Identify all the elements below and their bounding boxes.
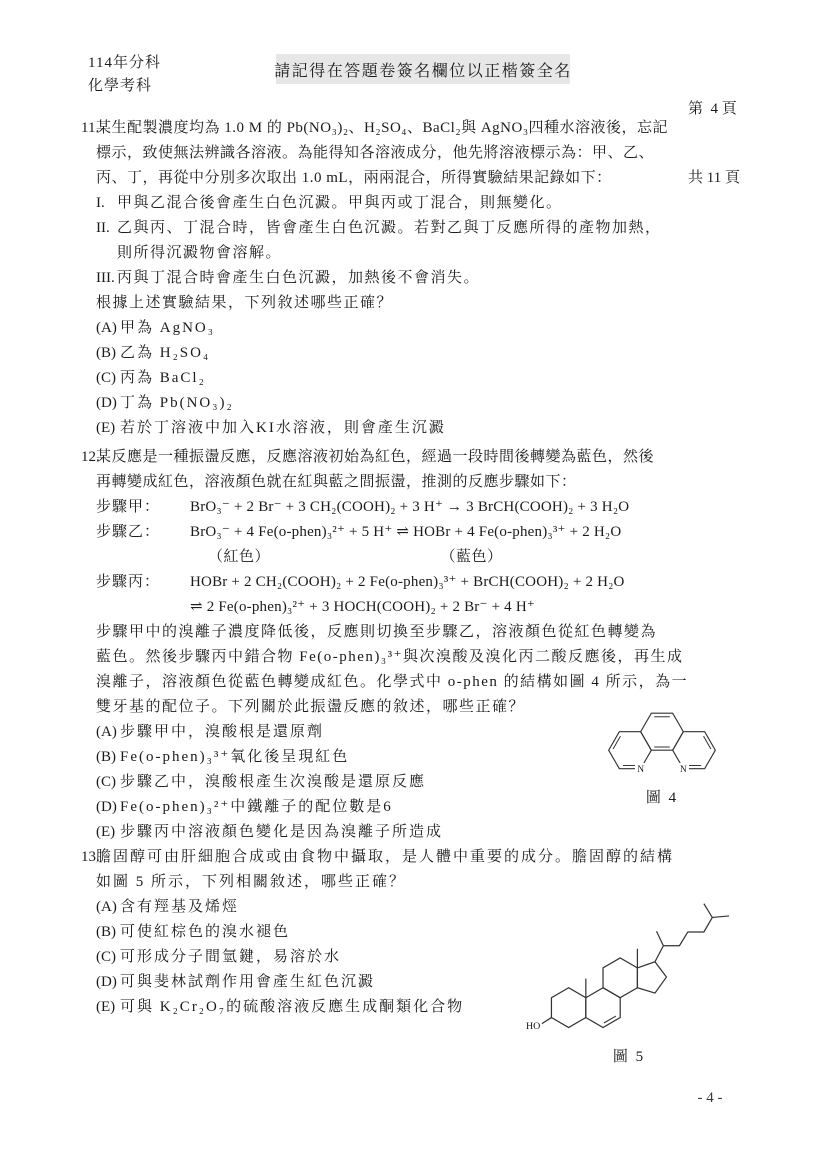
signature-notice-box: 請記得在答題卷簽名欄位以正楷簽全名 xyxy=(276,54,570,84)
q12-option-B-marker: (B) xyxy=(96,745,120,770)
q11-option-C: (C)丙為 BaCl₂ xyxy=(0,366,827,391)
q11-option-C-marker: (C) xyxy=(96,366,120,391)
q13-option-D-marker: (D) xyxy=(96,970,120,995)
q12-color-labels: （紅色）（藍色） xyxy=(0,545,827,570)
q12-option-E-text: 步驟丙中溶液顏色變化是因為溴離子所造成 xyxy=(120,824,443,840)
q13-option-E-marker: (E) xyxy=(96,995,120,1020)
q11-result-III: III.丙與丁混合時會產生白色沉澱，加熱後不會消失。 xyxy=(0,266,827,291)
q13-option-B-marker: (B) xyxy=(96,920,120,945)
q13-number: 13. xyxy=(81,845,100,870)
q12-step-yi-label: 步驟乙： xyxy=(96,520,190,545)
q11-option-A: (A)甲為 AgNO₃ xyxy=(0,316,827,341)
q12-option-C-text: 步驟乙中，溴酸根產生次溴酸是還原反應 xyxy=(120,774,426,790)
q12-para-2-text: 藍色。然後步驟丙中錯合物 Fe(o-phen)₃³⁺與次溴酸及溴化丙二酸反應後，… xyxy=(96,649,684,665)
q11-line-2: 標示，致使無法辨識各溶液。為能得知各溶液成分，他先將溶液標示為：甲、乙、 xyxy=(0,141,827,166)
q11-result-I: I.甲與乙混合後會產生白色沉澱。甲與丙或丁混合，則無變化。 xyxy=(0,191,827,216)
q11-stem: 根據上述實驗結果，下列敘述哪些正確？ xyxy=(0,291,827,316)
q13-body-2: 如圖 5 所示，下列相關敘述，哪些正確？ xyxy=(96,874,406,890)
q11-option-D-text: 丁為 Pb(NO₃)₂ xyxy=(120,395,234,411)
q12-option-D-marker: (D) xyxy=(96,795,120,820)
q12-step-jia: 步驟甲：BrO₃⁻ + 2 Br⁻ + 3 CH₂(COOH)₂ + 3 H⁺ … xyxy=(0,495,827,520)
q11-result-I-marker: I. xyxy=(96,191,117,216)
header-subject: 114年分科 化學考科 xyxy=(88,52,161,98)
q11-body-3: 丙、丁，再從中分別多次取出 1.0 mL，兩兩混合，所得實驗結果記錄如下： xyxy=(96,170,612,186)
q13-option-C-marker: (C) xyxy=(96,945,120,970)
q12-line-2: 再轉變成紅色，溶液顏色就在紅與藍之間振盪，推測的反應步驟如下： xyxy=(0,470,827,495)
q11-option-C-text: 丙為 BaCl₂ xyxy=(120,370,206,386)
q12-step-jia-label: 步驟甲： xyxy=(96,495,190,520)
q12-para-3-text: 溴離子，溶液顏色從藍色轉變成紅色。化學式中 o-phen 的結構如圖 4 所示，… xyxy=(96,674,688,690)
q12-body-2: 再轉變成紅色，溶液顏色就在紅與藍之間振盪，推測的反應步驟如下： xyxy=(96,474,577,490)
exam-page: 114年分科 化學考科 請記得在答題卷簽名欄位以正楷簽全名 第 4 頁 共 11… xyxy=(0,0,827,1170)
q12-step-bing-equation-2: ⇌ 2 Fe(o-phen)₃²⁺ + 3 HOCH(COOH)₂ + 2 Br… xyxy=(190,599,535,615)
q13-line-2: 如圖 5 所示，下列相關敘述，哪些正確？ xyxy=(0,870,827,895)
q11-result-I-text: 甲與乙混合後會產生白色沉澱。甲與丙或丁混合，則無變化。 xyxy=(117,195,563,211)
q11-option-D-marker: (D) xyxy=(96,391,120,416)
q11-result-II-cont-text: 則所得沉澱物會溶解。 xyxy=(117,245,282,261)
q11-option-B-marker: (B) xyxy=(96,341,120,366)
q11-option-E-marker: (E) xyxy=(96,416,120,441)
q13-option-B-text: 可使紅棕色的溴水褪色 xyxy=(120,924,290,940)
q12-step-yi: 步驟乙：BrO₃⁻ + 4 Fe(o-phen)₃²⁺ + 5 H⁺ ⇌ HOB… xyxy=(0,520,827,545)
figure-5-cholesterol: HO 圖 5 xyxy=(518,893,740,1066)
header-subject-line2: 化學考科 xyxy=(88,75,161,98)
q11-option-E-text: 若於丁溶液中加入KI水溶液，則會產生沉澱 xyxy=(120,420,446,436)
q12-para-1: 步驟甲中的溴離子濃度降低後，反應則切換至步驟乙，溶液顏色從紅色轉變為 xyxy=(0,620,827,645)
q13-option-A-text: 含有羥基及烯烴 xyxy=(120,899,239,915)
header-subject-line1: 114年分科 xyxy=(88,52,161,75)
footer-page-number: - 4 - xyxy=(678,1090,742,1107)
q12-body-1: 某反應是一種振盪反應，反應溶液初始為紅色，經過一段時間後轉變為藍色，然後 xyxy=(96,449,654,465)
q11-option-E: (E)若於丁溶液中加入KI水溶液，則會產生沉澱 xyxy=(0,416,827,441)
q12-step-yi-equation: BrO₃⁻ + 4 Fe(o-phen)₃²⁺ + 5 H⁺ ⇌ HOBr + … xyxy=(190,524,621,540)
q11-result-III-marker: III. xyxy=(96,266,117,291)
q11-result-III-text: 丙與丁混合時會產生白色沉澱，加熱後不會消失。 xyxy=(117,270,480,286)
q13-option-C-text: 可形成分子間氫鍵，易溶於水 xyxy=(120,949,341,965)
q13-option-A-marker: (A) xyxy=(96,895,120,920)
q12-option-E-marker: (E) xyxy=(96,820,120,845)
q12-step-bing-label: 步驟丙： xyxy=(96,570,190,595)
q12-step-bing-equation-1: HOBr + 2 CH₂(COOH)₂ + 2 Fe(o-phen)₃³⁺ + … xyxy=(190,574,625,590)
q11-stem-text: 根據上述實驗結果，下列敘述哪些正確？ xyxy=(96,295,393,311)
q12-step-jia-equation: BrO₃⁻ + 2 Br⁻ + 3 CH₂(COOH)₂ + 3 H⁺ → 3 … xyxy=(190,499,629,515)
q12-step-bing-cont: ⇌ 2 Fe(o-phen)₃²⁺ + 3 HOCH(COOH)₂ + 2 Br… xyxy=(0,595,827,620)
q11-option-A-text: 甲為 AgNO₃ xyxy=(120,320,215,336)
q11-number: 11. xyxy=(81,116,99,141)
q12-line-1: 12.某反應是一種振盪反應，反應溶液初始為紅色，經過一段時間後轉變為藍色，然後 xyxy=(0,445,827,470)
hydroxyl-label: HO xyxy=(526,1021,540,1032)
q11-option-A-marker: (A) xyxy=(96,316,120,341)
figure-5-caption: 圖 5 xyxy=(518,1045,740,1066)
q11-result-II-cont: 則所得沉澱物會溶解。 xyxy=(0,241,827,266)
q13-line-1: 13.膽固醇可由肝細胞合成或由食物中攝取，是人體中重要的成分。膽固醇的結構 xyxy=(0,845,827,870)
q11-option-B: (B)乙為 H₂SO₄ xyxy=(0,341,827,366)
q12-option-D-text: Fe(o-phen)₃²⁺中鐵離子的配位數是6 xyxy=(120,799,393,815)
q12-option-C-marker: (C) xyxy=(96,770,120,795)
cholesterol-structure-drawing: HO xyxy=(518,893,740,1042)
nitrogen-atom-label-left: N xyxy=(637,764,644,774)
q12-para-3: 溴離子，溶液顏色從藍色轉變成紅色。化學式中 o-phen 的結構如圖 4 所示，… xyxy=(0,670,827,695)
q12-option-B-text: Fe(o-phen)₃³⁺氧化後呈現紅色 xyxy=(120,749,349,765)
figure-4-phenanthroline: N N 圖 4 xyxy=(598,706,726,807)
q12-option-A-text: 步驟甲中，溴酸根是還原劑 xyxy=(120,724,324,740)
q12-red-label: （紅色） xyxy=(208,549,270,565)
q11-result-II-text: 乙與丙、丁混合時，皆會產生白色沉澱。若對乙與丁反應所得的產物加熱， xyxy=(117,220,662,236)
q11-result-II-marker: II. xyxy=(96,216,117,241)
q13-option-E-text: 可與 K₂Cr₂O₇的硫酸溶液反應生成酮類化合物 xyxy=(120,999,464,1015)
q12-number: 12. xyxy=(81,445,100,470)
q11-body-1: 某生配製濃度均為 1.0 M 的 Pb(NO₃)₂、H₂SO₄、BaCl₂與 A… xyxy=(96,120,668,136)
figure-4-caption: 圖 4 xyxy=(598,786,726,807)
q12-blue-label: （藍色） xyxy=(448,549,503,565)
q11-line-3: 丙、丁，再從中分別多次取出 1.0 mL，兩兩混合，所得實驗結果記錄如下： xyxy=(0,166,827,191)
q11-line-1: 11.某生配製濃度均為 1.0 M 的 Pb(NO₃)₂、H₂SO₄、BaCl₂… xyxy=(0,116,827,141)
nitrogen-atom-label-right: N xyxy=(680,764,687,774)
q12-para-4-text: 雙牙基的配位子。下列關於此振盪反應的敘述，哪些正確？ xyxy=(96,699,525,715)
q13-option-D-text: 可與斐林試劑作用會產生紅色沉澱 xyxy=(120,974,375,990)
q11-option-B-text: 乙為 H₂SO₄ xyxy=(120,345,210,361)
question-11: 11.某生配製濃度均為 1.0 M 的 Pb(NO₃)₂、H₂SO₄、BaCl₂… xyxy=(0,116,827,441)
signature-notice-text: 請記得在答題卷簽名欄位以正楷簽全名 xyxy=(274,58,572,81)
q12-para-2: 藍色。然後步驟丙中錯合物 Fe(o-phen)₃³⁺與次溴酸及溴化丙二酸反應後，… xyxy=(0,645,827,670)
q11-option-D: (D)丁為 Pb(NO₃)₂ xyxy=(0,391,827,416)
q12-step-bing: 步驟丙：HOBr + 2 CH₂(COOH)₂ + 2 Fe(o-phen)₃³… xyxy=(0,570,827,595)
q11-body-2: 標示，致使無法辨識各溶液。為能得知各溶液成分，他先將溶液標示為：甲、乙、 xyxy=(96,145,654,161)
phenanthroline-structure-drawing: N N xyxy=(598,706,726,783)
q13-body-1: 膽固醇可由肝細胞合成或由食物中攝取，是人體中重要的成分。膽固醇的結構 xyxy=(96,849,674,865)
q12-option-A-marker: (A) xyxy=(96,720,120,745)
q11-result-II: II.乙與丙、丁混合時，皆會產生白色沉澱。若對乙與丁反應所得的產物加熱， xyxy=(0,216,827,241)
q12-para-1-text: 步驟甲中的溴離子濃度降低後，反應則切換至步驟乙，溶液顏色從紅色轉變為 xyxy=(96,624,657,640)
q12-option-E: (E)步驟丙中溶液顏色變化是因為溴離子所造成 xyxy=(0,820,827,845)
